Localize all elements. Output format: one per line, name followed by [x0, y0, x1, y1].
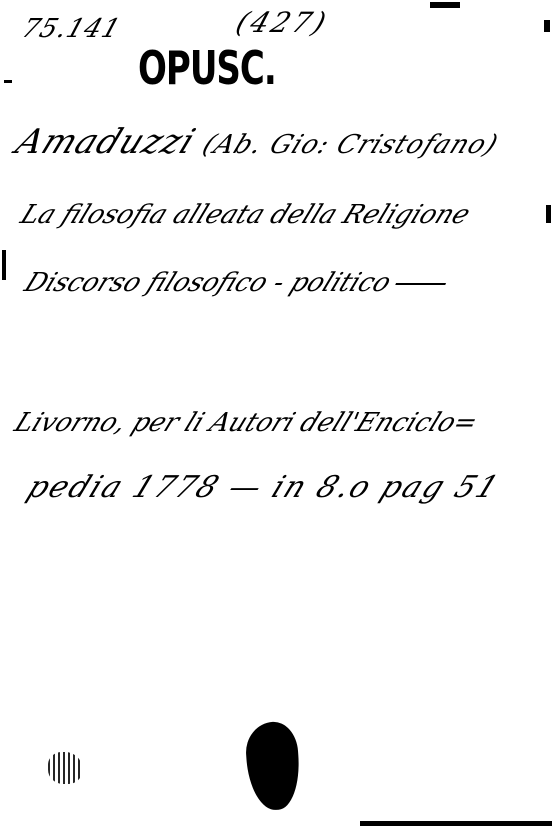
- imprint-line-1: Livorno, per li Autori dell'Enciclo=: [10, 408, 482, 438]
- author-name: Amaduzzi: [10, 122, 202, 162]
- ink-blot: [244, 720, 302, 811]
- scan-speck: [544, 20, 550, 32]
- author-note: (Ab. Gio: Cristofano): [198, 130, 503, 160]
- scan-speck: [546, 205, 551, 223]
- catalog-card: 75.141 (427) OPUSC. Amaduzzi (Ab. Gio: C…: [0, 0, 552, 826]
- scan-speck: [2, 250, 6, 280]
- flourish-dash: [395, 283, 446, 285]
- imprint-line-2: pedia 1778 — in 8.o pag 51: [22, 470, 505, 505]
- item-number: (427): [232, 6, 333, 39]
- author-line: Amaduzzi (Ab. Gio: Cristofano): [10, 122, 506, 162]
- shelfmark: 75.141: [18, 14, 125, 44]
- title-line-2-text: Discorso filosofico - politico: [20, 268, 396, 298]
- opuscoli-stamp: OPUSC.: [138, 42, 276, 96]
- title-line-1: La filosofia alleata della Religione: [16, 200, 475, 230]
- scan-speck: [4, 80, 12, 83]
- scan-speck: [430, 2, 460, 8]
- scan-edge: [360, 821, 552, 826]
- library-seal-icon: [48, 752, 82, 784]
- title-line-2: Discorso filosofico - politico: [20, 268, 452, 298]
